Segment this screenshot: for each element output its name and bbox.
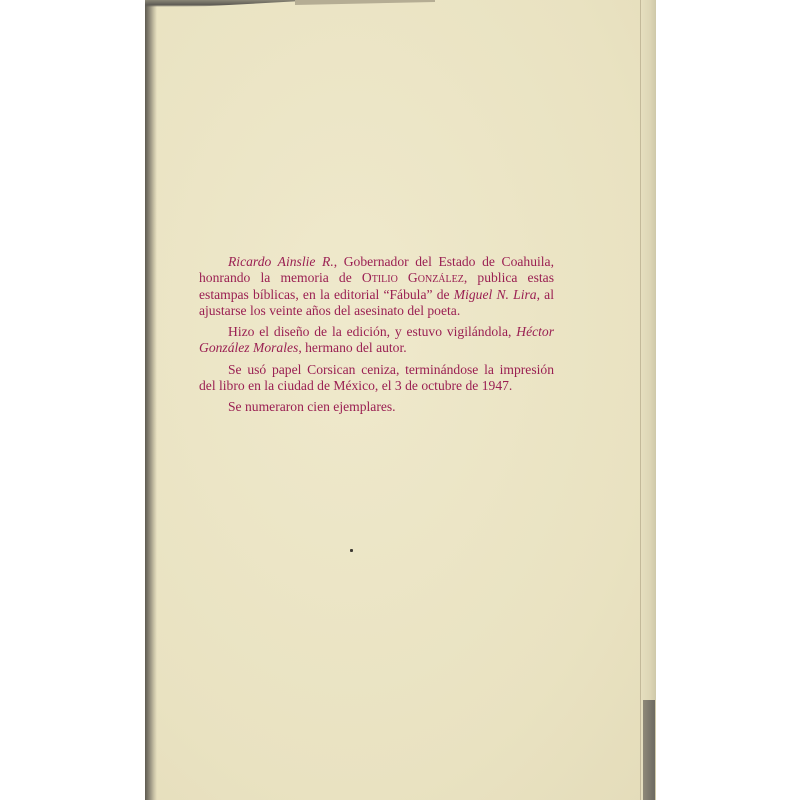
colophon-paragraph-4: Se numeraron cien ejemplares. bbox=[199, 399, 554, 415]
page-gutter-shadow bbox=[145, 0, 157, 800]
text-segment: Se numeraron cien ejemplares. bbox=[228, 399, 396, 414]
colophon-paragraph-1: Ricardo Ainslie R., Gobernador del Estad… bbox=[199, 254, 554, 319]
text-segment: Se usó papel Corsican ceniza, terminándo… bbox=[199, 362, 554, 393]
publisher-name: Miguel N. Lira bbox=[454, 287, 537, 302]
poet-name: Otilio González bbox=[362, 270, 464, 285]
paper-speck bbox=[350, 549, 353, 552]
page-edge-right bbox=[640, 0, 656, 800]
text-segment: , hermano del autor. bbox=[298, 340, 406, 355]
colophon-text: Ricardo Ainslie R., Gobernador del Estad… bbox=[199, 254, 554, 421]
page-edge-shadow bbox=[643, 700, 655, 800]
text-segment: Hizo el diseño de la edición, y estuvo v… bbox=[228, 324, 516, 339]
colophon-paragraph-3: Se usó papel Corsican ceniza, terminándo… bbox=[199, 362, 554, 395]
governor-name: Ricardo Ainslie R. bbox=[228, 254, 334, 269]
colophon-paragraph-2: Hizo el diseño de la edición, y estuvo v… bbox=[199, 324, 554, 357]
